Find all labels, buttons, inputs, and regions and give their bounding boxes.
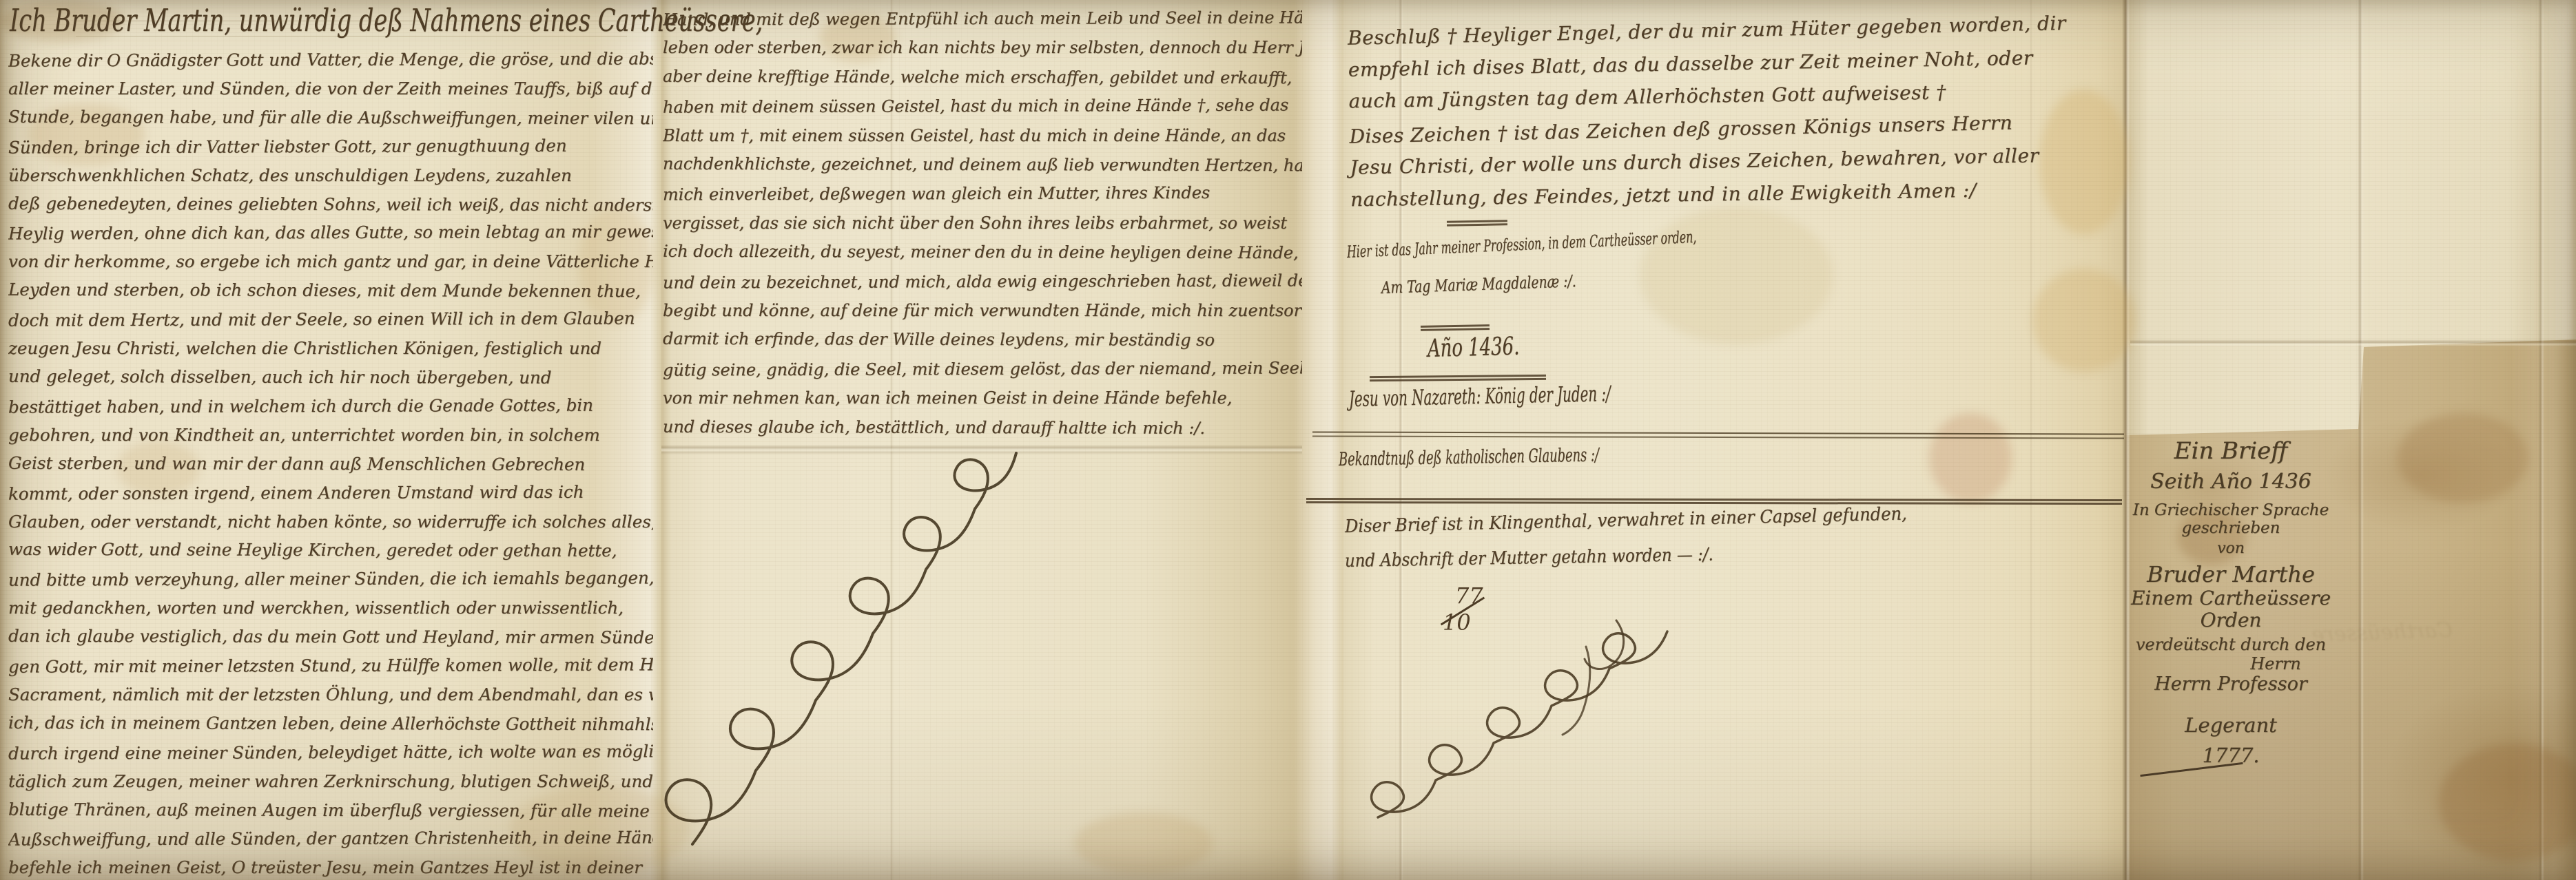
manuscript-line: vergisset, das sie sich nicht über den S… <box>663 209 1302 238</box>
profession-line: Hier ist das Jahr meiner Profession, in … <box>1347 242 1877 262</box>
manuscript-line: aller meiner Laster, und Sünden, die von… <box>8 74 653 103</box>
docket-line: Einem Cartheüssere <box>2127 587 2334 609</box>
manuscript-line: Außschweiffung, und alle Sünden, der gan… <box>8 824 653 855</box>
manuscript-line: blutige Thränen, auß meinen Augen im übe… <box>8 795 653 825</box>
manuscript-line: überschwenkhlichen Schatz, des unschuldi… <box>8 161 653 190</box>
title-guide-line <box>76 36 627 36</box>
inri-text: Jesu von Nazareth: König der Juden :/ <box>1349 381 1611 412</box>
manuscript-line: was wider Gott, und seine Heylige Kirche… <box>8 535 653 565</box>
flourish-spiral-small <box>1343 616 1688 864</box>
manuscript-line: und geleget, solch disselben, auch ich h… <box>8 362 653 392</box>
manuscript-line: mich einverleibet, deßwegen wan gleich e… <box>663 178 1302 210</box>
manuscript-line: leben oder sterben, zwar ich kan nichts … <box>663 33 1302 62</box>
manuscript-line: Sünden, bringe ich dir Vatter liebster G… <box>8 131 653 162</box>
inri-heading: Jesu von Nazareth: König der Juden :/ <box>1349 387 1758 412</box>
manuscript-line: gebohren, und von Kindtheit an, unterric… <box>8 421 653 450</box>
section-rule-small <box>1447 220 1507 227</box>
manuscript-line: gen Gott, mir mit meiner letzsten Stund,… <box>8 650 653 681</box>
flourish-spiral-large <box>644 427 1037 880</box>
manuscript-line: Blatt um †, mit einem süssen Geistel, ha… <box>663 121 1302 150</box>
docket-line: Legerant <box>2127 714 2334 737</box>
anno-heading: Año 1436. <box>1428 335 1555 363</box>
manuscript-line: mit gedanckhen, worten und werckhen, wis… <box>8 594 653 622</box>
docket-line: verdeütscht durch den <box>2127 636 2334 655</box>
docket-text-block: Ein Brieff Seith Año 1436 In Griechische… <box>2127 438 2334 771</box>
manuscript-line: Geist sterben, und wan mir der dann auß … <box>8 448 653 479</box>
docket-line: von <box>2127 540 2334 557</box>
manuscript-line: doch mit dem Hertz, und mit der Seele, s… <box>8 304 653 335</box>
docket-line: Orden <box>2127 609 2334 631</box>
manuscript-line: und bitte umb verzeyhung, aller meiner S… <box>8 564 653 595</box>
manuscript-line: Bekene dir O Gnädigster Gott und Vatter,… <box>8 45 653 76</box>
manuscript-line: Sacrament, nämlich mit der letzsten Öhlu… <box>8 680 653 709</box>
manuscript-line: Stunde, begangen habe, und für alle die … <box>8 103 653 133</box>
manuscript-line: Leyden und sterben, ob ich schon dieses,… <box>8 275 653 306</box>
manuscript-line: bestättiget haben, und in welchem ich du… <box>8 390 653 421</box>
manuscript-line: dan ich glaube vestiglich, das du mein G… <box>8 622 653 652</box>
provenance-note-line: Diser Brief ist in Klingenthal, verwahre… <box>1345 516 1949 537</box>
provenance-note-line: und Abschrift der Mutter getahn worden —… <box>1345 551 1764 572</box>
closing-paragraph: Beschluß † Heyliger Engel, der du mir zu… <box>1348 7 2124 217</box>
docket-line: geschrieben <box>2127 519 2334 537</box>
docket-line: In Griechischer Sprache <box>2127 501 2334 519</box>
manuscript-line: täglich zum Zeugen, meiner wahren Zerkni… <box>8 767 653 796</box>
manuscript-line: Hand, und mit deß wegen Entpfühl ich auc… <box>663 4 1302 34</box>
manuscript-line: von dir herkomme, so ergebe ich mich gan… <box>8 247 653 276</box>
manuscript-line: zeugen Jesu Christi, welchen die Christl… <box>8 334 653 363</box>
manuscript-line: ich doch allezeith, du seyest, meiner de… <box>663 237 1302 268</box>
manuscript-scan: Ich Bruder Martin, unwürdig deß Nahmens … <box>0 0 2576 880</box>
docket-line: Seith Año 1436 <box>2127 470 2334 494</box>
manuscript-line: ich, das ich in meinem Gantzen leben, de… <box>8 709 653 739</box>
page-left-text: Bekene dir O Gnädigster Gott und Vatter,… <box>8 45 653 880</box>
page-middle-text: Hand, und mit deß wegen Entpfühl ich auc… <box>663 4 1302 445</box>
manuscript-line: befehle ich meinen Geist, O treüster Jes… <box>8 853 653 880</box>
docket-line: Bruder Marthe <box>2127 562 2334 587</box>
manuscript-line: durch irgend eine meiner Sünden, beleydi… <box>8 737 653 768</box>
manuscript-line: Glauben, oder verstandt, nicht haben kön… <box>8 507 653 536</box>
manuscript-line: und dein zu bezeichnet, und mich, alda e… <box>663 266 1302 297</box>
manuscript-line: gütig seine, gnädig, die Seel, mit diese… <box>663 353 1302 385</box>
manuscript-line: darmit ich erfinde, das der Wille deines… <box>663 324 1302 355</box>
manuscript-line: Heylig werden, ohne dich kan, das alles … <box>8 218 653 249</box>
manuscript-line: nachdenkhlichste, gezeichnet, und deinem… <box>663 149 1302 180</box>
manuscript-line: kommt, oder sonsten irgend, einem Andere… <box>8 477 653 508</box>
manuscript-line: deß gebenedeyten, deines geliebten Sohns… <box>8 189 653 219</box>
docket-line: Herrn <box>2217 655 2334 674</box>
anno-text: Año 1436. <box>1427 333 1519 363</box>
feast-day-line: Am Tag Mariæ Magdalenæ :/. <box>1381 278 1631 297</box>
manuscript-line: von mir nehmen kan, wan ich meinen Geist… <box>663 384 1302 412</box>
docket-line: Herrn Professor <box>2127 673 2334 695</box>
creed-text: Bekandtnuß deß katholischen Glaubens :/ <box>1339 444 1599 470</box>
docket-title: Ein Brieff <box>2127 438 2334 465</box>
manuscript-line: haben mit deinem süssen Geistel, hast du… <box>663 91 1302 123</box>
title-guide-line <box>76 21 627 21</box>
creed-heading: Bekandtnuß deß katholischen Glaubens :/ <box>1339 449 1733 470</box>
manuscript-line: begibt und könne, auf deine für mich ver… <box>663 296 1302 325</box>
manuscript-line: aber deine krefftige Hände, welche mich … <box>663 62 1302 93</box>
